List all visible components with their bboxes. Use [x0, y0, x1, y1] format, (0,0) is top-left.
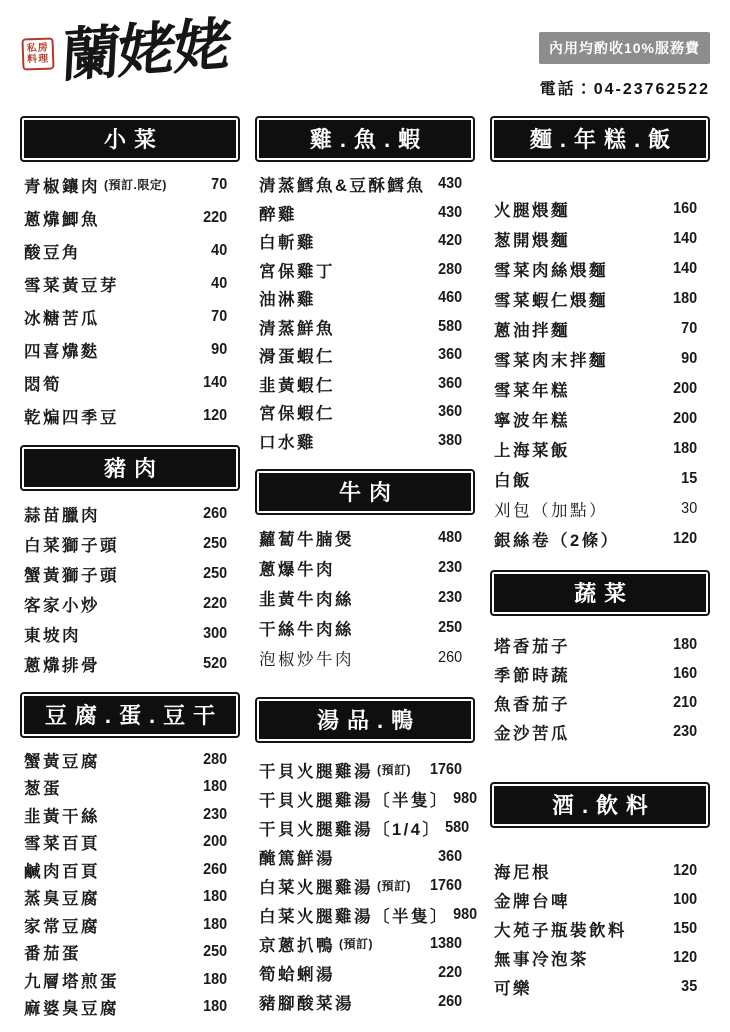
- menu-item-name: 泡椒炒牛肉: [259, 646, 354, 670]
- menu-item: 筍蛤蜊湯220: [255, 958, 475, 987]
- menu-item-price: 260: [203, 861, 240, 879]
- menu-item-name: 雪菜肉絲煨麵: [494, 257, 608, 281]
- menu-item-price: 180: [673, 290, 710, 308]
- menu-item-name: 白菜獅子頭: [24, 532, 119, 556]
- menu-item: 鹹肉百頁260: [20, 856, 240, 884]
- section-title: 豆腐.蛋.豆干: [22, 694, 238, 736]
- menu-item: 白菜獅子頭250: [20, 529, 240, 559]
- menu-item: 四喜㸆麩90: [20, 333, 240, 366]
- menu-item-name: 蔥㸆鯽魚: [24, 206, 100, 230]
- menu-section: 豬肉蒜苗臘肉260白菜獅子頭250蟹黃獅子頭250客家小炒220東坡肉300蔥㸆…: [20, 447, 240, 679]
- menu-item-price: 90: [681, 350, 710, 368]
- menu-item: 寧波年糕200: [490, 404, 710, 434]
- menu-item-price: 160: [673, 665, 710, 683]
- menu-section: 雞.魚.蝦清蒸鱈魚&豆酥鱈魚430醉雞430白斬雞420宮保雞丁280油淋雞46…: [255, 118, 475, 455]
- menu-section: 蔬菜塔香茄子180季節時蔬160魚香茄子210金沙苦瓜230: [490, 572, 710, 746]
- menu-item-price: 70: [211, 308, 240, 326]
- menu-item-name: 青椒鑲肉: [24, 173, 100, 197]
- menu-item-price: 250: [438, 619, 475, 637]
- menu-item: 滑蛋蝦仁360: [255, 341, 475, 370]
- menu-item-name: 鹹肉百頁: [24, 858, 100, 882]
- menu-item: 海尼根120: [490, 856, 710, 885]
- menu-item-price: 420: [438, 232, 475, 250]
- menu-item-name: 乾煸四季豆: [24, 404, 119, 428]
- menu-item-price: 260: [438, 993, 475, 1011]
- menu-item: 乾煸四季豆120: [20, 399, 240, 432]
- menu-item: 清蒸鱈魚&豆酥鱈魚430: [255, 170, 475, 199]
- menu-item-name: 上海菜飯: [494, 437, 570, 461]
- menu-item-price: 300: [203, 625, 240, 643]
- menu-item-name: 筍蛤蜊湯: [259, 961, 335, 985]
- menu-item-name: 清蒸鱈魚&豆酥鱈魚: [259, 172, 425, 196]
- menu-item: 韭黃干絲230: [20, 801, 240, 829]
- menu-item-price: 260: [203, 505, 240, 523]
- menu-item-price: 580: [438, 318, 475, 336]
- menu-item: 青椒鑲肉(預訂.限定)70: [20, 168, 240, 201]
- menu-item-name: 油淋雞: [259, 286, 316, 310]
- menu-item-price: 260: [438, 649, 475, 667]
- menu-item-name: 清蒸鮮魚: [259, 315, 335, 339]
- menu-item-price: 90: [211, 341, 240, 359]
- menu-item-price: 35: [681, 978, 710, 996]
- menu-item: 蔥㸆鯽魚220: [20, 201, 240, 234]
- menu-item: 醉雞430: [255, 199, 475, 228]
- menu-item: 雪菜年糕200: [490, 374, 710, 404]
- menu-item: 白斬雞420: [255, 227, 475, 256]
- menu-item-price: 200: [203, 833, 240, 851]
- menu-item-name: 干絲牛肉絲: [259, 616, 354, 640]
- menu-item-name: 無事冷泡茶: [494, 946, 589, 970]
- menu-item: 韭黃牛肉絲230: [255, 583, 475, 613]
- menu-item-name: 家常豆腐: [24, 913, 100, 937]
- menu-item: 白菜火腿雞湯〔半隻〕980: [255, 900, 475, 929]
- menu-item: 魚香茄子210: [490, 688, 710, 717]
- menu-item-price: 480: [438, 529, 475, 547]
- menu-item-name: 口水雞: [259, 429, 316, 453]
- menu-item-name: 九層塔煎蛋: [24, 968, 119, 992]
- restaurant-name-calligraphy: 蘭姥姥: [61, 14, 232, 86]
- menu-item-name: 雪菜黃豆芽: [24, 272, 119, 296]
- menu-item: 大苑子瓶裝飲料150: [490, 914, 710, 943]
- menu-item-name: 雪菜肉末拌麵: [494, 347, 608, 371]
- menu-item-name: 東坡肉: [24, 622, 81, 646]
- menu-item: 醃篤鮮湯360: [255, 842, 475, 871]
- menu-item-price: 360: [438, 848, 475, 866]
- menu-item: 雪菜肉絲煨麵140: [490, 254, 710, 284]
- menu-item-price: 180: [673, 636, 710, 654]
- menu-item-price: 210: [673, 694, 710, 712]
- section-title: 麵.年糕.飯: [492, 118, 708, 160]
- menu-item-name: 可樂: [494, 975, 532, 999]
- menu-item-name: 蒜苗臘肉: [24, 502, 100, 526]
- menu-item-price: 230: [203, 806, 240, 824]
- menu-item-name: 冰糖苦瓜: [24, 305, 100, 329]
- menu-item-name: 蟹黃豆腐: [24, 748, 100, 772]
- menu-section: 牛肉蘿蔔牛腩煲480蔥爆牛肉230韭黃牛肉絲230干絲牛肉絲250泡椒炒牛肉26…: [255, 471, 475, 673]
- menu-item: 雪菜百頁200: [20, 829, 240, 857]
- menu-page: 私房 料理 蘭姥姥 內用均酌收10%服務費 電話：04-23762522 小菜青…: [0, 0, 730, 1032]
- menu-item: 雪菜黃豆芽40: [20, 267, 240, 300]
- menu-item-price: 380: [438, 432, 475, 450]
- menu-item-price: 180: [673, 440, 710, 458]
- menu-item: 干貝火腿雞湯〔1/4〕580: [255, 813, 475, 842]
- menu-item: 番茄蛋250: [20, 939, 240, 967]
- menu-item-name: 海尼根: [494, 859, 551, 883]
- menu-item: 泡椒炒牛肉260: [255, 643, 475, 673]
- menu-item: 蒸臭豆腐180: [20, 884, 240, 912]
- menu-item: 塔香茄子180: [490, 630, 710, 659]
- menu-item-price: 250: [203, 943, 240, 961]
- menu-item-price: 360: [438, 346, 475, 364]
- menu-item: 葱蛋180: [20, 774, 240, 802]
- menu-item-price: 230: [438, 589, 475, 607]
- menu-section: 麵.年糕.飯火腿煨麵160葱開煨麵140雪菜肉絲煨麵140雪菜蝦仁煨麵180蔥油…: [490, 118, 710, 554]
- menu-item-price: 430: [438, 204, 475, 222]
- menu-item: 刈包（加點）30: [490, 494, 710, 524]
- section-title: 蔬菜: [492, 572, 708, 614]
- menu-item: 麻婆臭豆腐180: [20, 994, 240, 1022]
- menu-item-price: 30: [681, 500, 710, 518]
- menu-item-name: 寧波年糕: [494, 407, 570, 431]
- menu-item: 雪菜肉末拌麵90: [490, 344, 710, 374]
- menu-item-price: 1760: [430, 761, 475, 779]
- menu-item-price: 40: [211, 242, 240, 260]
- private-kitchen-seal: 私房 料理: [21, 37, 54, 70]
- menu-item-name: 干貝火腿雞湯〔半隻〕: [259, 787, 449, 811]
- menu-columns: 小菜青椒鑲肉(預訂.限定)70蔥㸆鯽魚220酸豆角40雪菜黃豆芽40冰糖苦瓜70…: [20, 116, 710, 1021]
- phone-value: 04-23762522: [594, 81, 710, 98]
- menu-item-name: 塔香茄子: [494, 633, 570, 657]
- menu-item-price: 250: [203, 535, 240, 553]
- menu-item-price: 180: [203, 971, 240, 989]
- menu-item-name: 銀絲卷（2條）: [494, 527, 620, 551]
- menu-item-name: 韭黃蝦仁: [259, 372, 335, 396]
- menu-item-price: 460: [438, 289, 475, 307]
- header-right: 內用均酌收10%服務費 電話：04-23762522: [539, 14, 710, 99]
- menu-item: 蟹黃獅子頭250: [20, 559, 240, 589]
- phone-number: 電話：04-23762522: [539, 76, 710, 99]
- menu-item-price: 70: [211, 176, 240, 194]
- menu-item: 客家小炒220: [20, 589, 240, 619]
- menu-item: 韭黃蝦仁360: [255, 370, 475, 399]
- phone-label: 電話：: [540, 81, 594, 98]
- menu-item: 口水雞380: [255, 427, 475, 456]
- menu-item-name: 醉雞: [259, 201, 297, 225]
- menu-item: 干貝火腿雞湯(預訂)1760: [255, 755, 475, 784]
- menu-column: 小菜青椒鑲肉(預訂.限定)70蔥㸆鯽魚220酸豆角40雪菜黃豆芽40冰糖苦瓜70…: [20, 116, 240, 1021]
- menu-item: 干貝火腿雞湯〔半隻〕980: [255, 784, 475, 813]
- section-title: 牛肉: [257, 471, 473, 513]
- menu-item-name: 葱蛋: [24, 775, 62, 799]
- menu-item: 豬腳酸菜湯260: [255, 987, 475, 1016]
- menu-item-name: 雪菜年糕: [494, 377, 570, 401]
- menu-item: 可樂35: [490, 972, 710, 1001]
- menu-item-name: 番茄蛋: [24, 940, 81, 964]
- menu-section: 小菜青椒鑲肉(預訂.限定)70蔥㸆鯽魚220酸豆角40雪菜黃豆芽40冰糖苦瓜70…: [20, 118, 240, 432]
- menu-item-price: 220: [203, 595, 240, 613]
- menu-item-name: 四喜㸆麩: [24, 338, 100, 362]
- menu-column: 雞.魚.蝦清蒸鱈魚&豆酥鱈魚430醉雞430白斬雞420宮保雞丁280油淋雞46…: [255, 116, 475, 1021]
- menu-item-name: 豬腳酸菜湯: [259, 990, 354, 1014]
- menu-item-name: 蔥油拌麵: [494, 317, 570, 341]
- menu-item-name: 客家小炒: [24, 592, 100, 616]
- menu-item-name: 白菜火腿雞湯: [259, 874, 373, 898]
- menu-item-name: 京蔥扒鴨: [259, 932, 335, 956]
- menu-item-price: 520: [203, 655, 240, 673]
- menu-item-name: 干貝火腿雞湯〔1/4〕: [259, 816, 441, 840]
- menu-item-name: 季節時蔬: [494, 662, 570, 686]
- menu-item-name: 金沙苦瓜: [494, 720, 570, 744]
- menu-item-price: 120: [673, 530, 710, 548]
- menu-item-price: 180: [203, 778, 240, 796]
- menu-item: 京蔥扒鴨(預訂)1380: [255, 929, 475, 958]
- menu-item-price: 360: [438, 375, 475, 393]
- menu-item-name: 醃篤鮮湯: [259, 845, 335, 869]
- menu-item: 白飯15: [490, 464, 710, 494]
- menu-item-name: 火腿煨麵: [494, 197, 570, 221]
- menu-item-price: 15: [681, 470, 710, 488]
- menu-item-price: 360: [438, 403, 475, 421]
- menu-item-price: 200: [673, 380, 710, 398]
- menu-item: 東坡肉300: [20, 619, 240, 649]
- menu-item: 金沙苦瓜230: [490, 717, 710, 746]
- menu-section: 湯品.鴨干貝火腿雞湯(預訂)1760干貝火腿雞湯〔半隻〕980干貝火腿雞湯〔1/…: [255, 699, 475, 1016]
- menu-item-note: (預訂): [339, 935, 373, 952]
- menu-item-price: 220: [203, 209, 240, 227]
- menu-item-price: 180: [203, 998, 240, 1016]
- menu-item-price: 140: [203, 374, 240, 392]
- menu-item-price: 220: [438, 964, 475, 982]
- menu-item-name: 金牌台啤: [494, 888, 570, 912]
- menu-item-price: 580: [446, 819, 483, 837]
- menu-item-name: 蔥㸆排骨: [24, 652, 100, 676]
- menu-item-name: 宮保蝦仁: [259, 400, 335, 424]
- menu-item-price: 140: [673, 230, 710, 248]
- menu-item: 銀絲卷（2條）120: [490, 524, 710, 554]
- menu-item-price: 100: [673, 891, 710, 909]
- menu-item-price: 1380: [430, 935, 475, 953]
- menu-section: 豆腐.蛋.豆干蟹黃豆腐280葱蛋180韭黃干絲230雪菜百頁200鹹肉百頁260…: [20, 694, 240, 1021]
- menu-item: 蒜苗臘肉260: [20, 499, 240, 529]
- menu-item: 宮保雞丁280: [255, 256, 475, 285]
- menu-item-name: 大苑子瓶裝飲料: [494, 917, 627, 941]
- menu-item-name: 蔥爆牛肉: [259, 556, 335, 580]
- menu-item-name: 雪菜蝦仁煨麵: [494, 287, 608, 311]
- menu-column: 麵.年糕.飯火腿煨麵160葱開煨麵140雪菜肉絲煨麵140雪菜蝦仁煨麵180蔥油…: [490, 116, 710, 1021]
- menu-item-price: 180: [203, 916, 240, 934]
- menu-item-name: 雪菜百頁: [24, 830, 100, 854]
- menu-item-name: 麻婆臭豆腐: [24, 995, 119, 1019]
- menu-item-price: 280: [438, 261, 475, 279]
- section-title: 豬肉: [22, 447, 238, 489]
- menu-item: 無事冷泡茶120: [490, 943, 710, 972]
- menu-item-name: 蒸臭豆腐: [24, 885, 100, 909]
- menu-item: 火腿煨麵160: [490, 194, 710, 224]
- menu-item-price: 140: [673, 260, 710, 278]
- menu-item-price: 280: [203, 751, 240, 769]
- menu-item: 蔥油拌麵70: [490, 314, 710, 344]
- menu-item-price: 250: [203, 565, 240, 583]
- menu-item: 白菜火腿雞湯(預訂)1760: [255, 871, 475, 900]
- menu-item: 九層塔煎蛋180: [20, 966, 240, 994]
- section-title: 小菜: [22, 118, 238, 160]
- menu-item: 金牌台啤100: [490, 885, 710, 914]
- menu-item-name: 魚香茄子: [494, 691, 570, 715]
- menu-item-price: 150: [673, 920, 710, 938]
- menu-item-price: 980: [453, 790, 490, 808]
- menu-item: 蔥爆牛肉230: [255, 553, 475, 583]
- menu-item-price: 120: [673, 862, 710, 880]
- menu-item-name: 白斬雞: [259, 229, 316, 253]
- menu-item: 蔥㸆排骨520: [20, 649, 240, 679]
- menu-item-price: 160: [673, 200, 710, 218]
- menu-item: 悶筍140: [20, 366, 240, 399]
- menu-item-name: 酸豆角: [24, 239, 81, 263]
- menu-item-price: 120: [673, 949, 710, 967]
- section-title: 雞.魚.蝦: [257, 118, 473, 160]
- menu-item-price: 180: [203, 888, 240, 906]
- menu-item-price: 980: [453, 906, 490, 924]
- menu-item-price: 230: [438, 559, 475, 577]
- menu-item: 季節時蔬160: [490, 659, 710, 688]
- menu-item: 蟹黃豆腐280: [20, 746, 240, 774]
- menu-item-note: (預訂.限定): [104, 176, 167, 193]
- menu-item-price: 200: [673, 410, 710, 428]
- menu-item: 油淋雞460: [255, 284, 475, 313]
- menu-item-name: 韭黃干絲: [24, 803, 100, 827]
- menu-item: 葱開煨麵140: [490, 224, 710, 254]
- menu-item-name: 宮保雞丁: [259, 258, 335, 282]
- menu-item-name: 葱開煨麵: [494, 227, 570, 251]
- menu-item: 酸豆角40: [20, 234, 240, 267]
- menu-item-price: 120: [203, 407, 240, 425]
- menu-item-name: 干貝火腿雞湯: [259, 758, 373, 782]
- restaurant-logo: 私房 料理 蘭姥姥: [20, 14, 230, 80]
- section-title: 湯品.鴨: [257, 699, 473, 741]
- menu-item-name: 韭黃牛肉絲: [259, 586, 354, 610]
- menu-item: 冰糖苦瓜70: [20, 300, 240, 333]
- menu-item-note: (預訂): [377, 877, 411, 894]
- menu-section: 酒.飲料海尼根120金牌台啤100大苑子瓶裝飲料150無事冷泡茶120可樂35: [490, 784, 710, 1001]
- menu-item-price: 70: [681, 320, 710, 338]
- menu-item: 上海菜飯180: [490, 434, 710, 464]
- menu-item-price: 430: [438, 175, 475, 193]
- menu-item-name: 刈包（加點）: [494, 497, 608, 521]
- menu-item: 蘿蔔牛腩煲480: [255, 523, 475, 553]
- page-header: 私房 料理 蘭姥姥 內用均酌收10%服務費 電話：04-23762522: [20, 14, 710, 112]
- menu-item-name: 蘿蔔牛腩煲: [259, 526, 354, 550]
- menu-item: 清蒸鮮魚580: [255, 313, 475, 342]
- menu-item: 宮保蝦仁360: [255, 398, 475, 427]
- menu-item-name: 悶筍: [24, 371, 62, 395]
- menu-item-name: 白飯: [494, 467, 532, 491]
- menu-item: 雪菜蝦仁煨麵180: [490, 284, 710, 314]
- section-title: 酒.飲料: [492, 784, 708, 826]
- menu-item-name: 白菜火腿雞湯〔半隻〕: [259, 903, 449, 927]
- menu-item: 家常豆腐180: [20, 911, 240, 939]
- menu-item-price: 230: [673, 723, 710, 741]
- menu-item-name: 蟹黃獅子頭: [24, 562, 119, 586]
- menu-item: 干絲牛肉絲250: [255, 613, 475, 643]
- service-charge-badge: 內用均酌收10%服務費: [539, 32, 710, 64]
- menu-item-price: 40: [211, 275, 240, 293]
- menu-item-name: 滑蛋蝦仁: [259, 343, 335, 367]
- menu-item-price: 1760: [430, 877, 475, 895]
- menu-item-note: (預訂): [377, 761, 411, 778]
